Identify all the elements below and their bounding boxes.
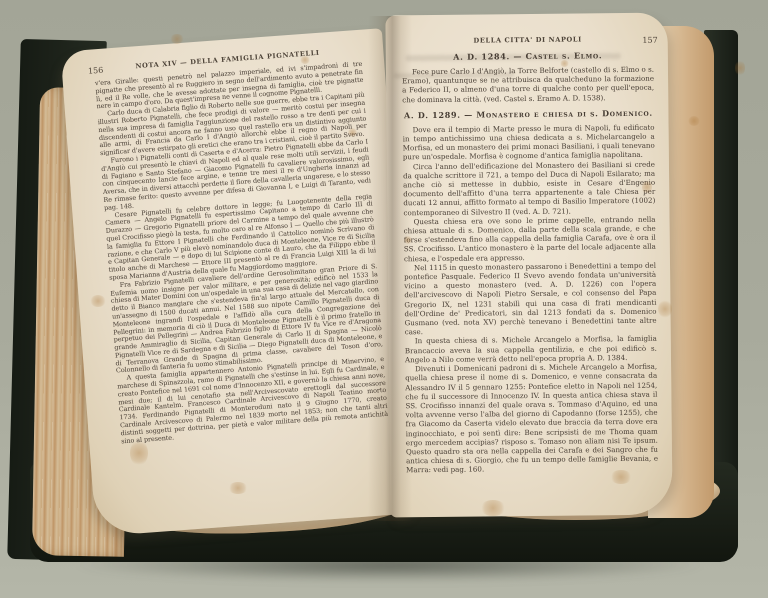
paragraph: Questa chiesa era ove sono le prime capp… [403,215,655,264]
right-page-number: 157 [642,36,657,45]
right-page: DELLA CITTA' DI NAPOLI 157 A. D. 1284. —… [385,13,672,518]
paragraph: In questa chiesa di s. Michele Arcangelo… [405,334,657,364]
left-page-text-block: 156 NOTA XIV — DELLA FAMIGLIA PIGNATELLI… [94,46,389,446]
paragraph: Divenuti i Domenicani padroni di s. Mich… [405,362,658,475]
photo-of-open-book: 156 NOTA XIV — DELLA FAMIGLIA PIGNATELLI… [0,0,768,598]
paragraph: Dove era il tempio di Marte presso le mu… [403,122,655,161]
right-running-header: DELLA CITTA' DI NAPOLI 157 [402,35,654,46]
left-page-number: 156 [88,66,104,76]
paragraph: Circa l'anno dell'edificazione del Monas… [403,159,656,217]
right-page-text-block: DELLA CITTA' DI NAPOLI 157 A. D. 1284. —… [402,35,659,475]
section-heading-1284: A. D. 1284. — Castel s. Elmo. [402,50,654,63]
paragraph: Nel 1115 in questo monastero passarono i… [404,261,657,337]
paragraph: Fece pure Carlo I d'Angiò, la Torre Belf… [402,65,654,104]
section-heading-1289: A. D. 1289. — Monastero e chiesa di s. D… [402,107,654,120]
left-page: 156 NOTA XIV — DELLA FAMIGLIA PIGNATELLI… [61,28,418,536]
right-running-header-text: DELLA CITTA' DI NAPOLI [473,35,581,44]
